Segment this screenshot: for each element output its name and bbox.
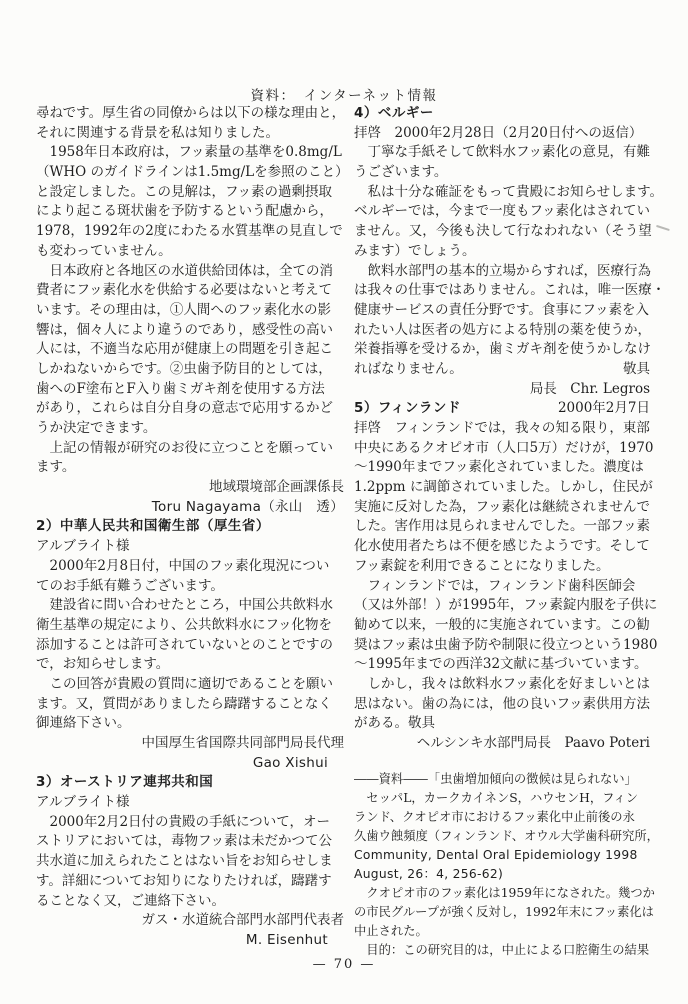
page-header-title: 資料： インターネット情報 [0,84,688,104]
text-line: ヘルシンキ水部門局長 Paavo Poteri [354,734,650,754]
text-line: うか決定できます。 [36,419,344,439]
text-line: 思はない。歯の為には，他の良いフッ素供用方法 [354,695,650,715]
text-line: 〜1990年までフッ素化されていました。濃度は [354,458,650,478]
text-line: 1978，1992年の2度にわたる水質基準の見直しで [36,222,344,242]
text-line: 久歯ウ蝕頻度（フィンランド、オウル大学歯科研究所， [354,827,650,846]
text-line: 5）フィンランド2000年2月7日 [354,399,650,419]
text-line: みます）でしょう。 [354,242,650,262]
text-line: 衛生基準の規定により、公共飲料水にフッ化物を [36,616,344,636]
text-line: れたい人は医者の処方による特別の薬を使うか， [354,321,650,341]
pencil-stray-mark [656,225,670,231]
text-line: ることなく又，ご連絡下さい。 [36,892,344,912]
text-line: 尋ねです。厚生省の同僚からは以下の様な理由と， [36,104,344,124]
text-line: それに関連する背景を私は知りました。 [36,124,344,144]
text-line: 歯へのF塗布とF入り歯ミガキ剤を使用する方法 [36,380,344,400]
text-run: 2000年2月7日 [558,399,650,419]
text-line: があり，これらは自分自身の意志で応用するかど [36,399,344,419]
text-line: ストリアにおいては，毒物フッ素は未だかつて公 [36,832,344,852]
text-line: 人には，不適当な応用が健康上の問題を引き起こ [36,340,344,360]
text-line: 中止された。 [354,922,650,941]
right-column: 4）ベルギー拝啓 2000年2月28日（2月20日付への返信） 丁寧な手紙そして… [354,104,650,960]
text-line: 御連絡下さい。 [36,714,344,734]
text-line: ます。 [36,458,344,478]
text-line: した。害作用は見られませんでした。一部フッ素 [354,517,650,537]
text-line: 化水使用者たちは不便を感じたようです。そして [354,537,650,557]
text-line: アルブライト様 [36,793,344,813]
text-line: ベルギーでは，今まで一度もフッ素化はされてい [354,202,650,222]
text-line: ます。又，質問がありましたら躊躇することなく [36,695,344,715]
text-line: 私は十分な確証をもって貴殿にお知らせします。 [354,183,650,203]
text-line: 費者にフッ素化水を供給する必要はないと考えて [36,281,344,301]
text-line: クオピオ市のフッ素化は1959年になされた。幾つか [354,884,650,903]
text-line: August, 26：4, 256-62) [354,865,650,884]
text-line: と設定しました。この見解は，フッ素の過剰摂取 [36,183,344,203]
text-line: 地域環境部企画課係長 [36,478,344,498]
scanned-document-page: 資料： インターネット情報 尋ねです。厚生省の同僚からは以下の様な理由と，それに… [0,0,688,1004]
text-line: 奨はフッ素は虫歯予防や制限に役立つという1980 [354,636,650,656]
text-line: ――資料――「虫歯増加傾向の徴候は見られない」 [354,770,650,789]
page-number: — 70 — [0,957,688,972]
text-line: フィンランドでは，フィンランド歯科医師会 [354,577,650,597]
text-line: 日本政府と各地区の水道供給団体は，全ての消 [36,262,344,282]
left-column: 尋ねです。厚生省の同僚からは以下の様な理由と，それに関連する背景を私は知りました… [36,104,344,951]
text-line: 勧めて以来，一般的に実施されています。この勧 [354,616,650,636]
text-line: この回答が貴殿の質問に適切であることを願い [36,675,344,695]
text-line: しかし，我々は飲料水フッ素化を好ましいとは [354,675,650,695]
text-line: がある。敬具 [354,714,650,734]
text-line: 2000年2月8日付，中国のフッ素化現況につい [36,557,344,577]
text-line: により起こる斑状歯を予防するという配慮から， [36,202,344,222]
text-line: 局長 Chr. Legros [354,380,650,400]
text-line: 〜1995年までの西洋32文献に基づいています。 [354,655,650,675]
text-line: Toru Nagayama（永山 透） [36,498,344,518]
text-line: 1958年日本政府は，フッ素量の基準を0.8mg/L [36,143,344,163]
text-line: （WHO のガイドラインは1.5mg/Lを参照のこと） [36,163,344,183]
text-line: 2000年2月2日付の貴殿の手紙について，オー [36,813,344,833]
text-line: M. Eisenhut [36,931,344,951]
text-line: 添加することは許可されていないとのことですの [36,636,344,656]
text-line: 4）ベルギー [354,104,650,124]
text-line: 栄養指導を受けるか，歯ミガキ剤を使うかしなけ [354,340,650,360]
text-line: も変わっていません。 [36,242,344,262]
text-line: Community, Dental Oral Epidemiology 1998 [354,846,650,865]
text-line: アルブライト様 [36,537,344,557]
text-line: は我々の仕事ではありません。これは，唯一医療・ [354,281,650,301]
text-run: 5）フィンランド [354,399,461,419]
text-line: 飲料水部門の基本的立場からすれば，医療行為 [354,262,650,282]
text-line: で，お知らせします。 [36,655,344,675]
text-line: す。詳細についてお知りになりたければ，躊躇す [36,872,344,892]
text-line: しかねないからです。②虫歯予防目的としては， [36,360,344,380]
text-line: 2）中華人民共和国衛生部（厚生省） [36,517,344,537]
text-line: 拝啓 フィンランドでは，我々の知る限り，東部 [354,419,650,439]
text-line: 3）オーストリア連邦共和国 [36,773,344,793]
text-line: フッ素錠を利用できることになりました。 [354,557,650,577]
text-line: 共水道に加えられたことはない旨をお知らせしま [36,852,344,872]
text-line: 実施に反対した為，フッ素化は継続されませんで [354,498,650,518]
text-line: ガス・水道統合部門水部門代表者 [36,911,344,931]
text-line: 健康サービスの責任分野です。食事にフッ素を入 [354,301,650,321]
right-column-main: 4）ベルギー拝啓 2000年2月28日（2月20日付への返信） 丁寧な手紙そして… [354,104,650,754]
text-line: 拝啓 2000年2月28日（2月20日付への返信） [354,124,650,144]
text-run: 敬具 [623,360,650,380]
text-line: ればなりません。敬具 [354,360,650,380]
text-line: 1.2ppm に調節されていました。しかし，住民が [354,478,650,498]
text-line: の市民グループが強く反対し，1992年末にフッ素化は [354,903,650,922]
text-line: 中央にあるクオピオ市（人口5万）だけが，1970 [354,439,650,459]
text-line: います。その理由は，①人間へのフッ素化水の影 [36,301,344,321]
text-line: 建設省に問い合わせたところ，中国公共飲料水 [36,596,344,616]
text-line: 響は，個々人により違うのであり，感受性の高い [36,321,344,341]
text-line: セッパL，カークカイネンS，ハウセンH，フィン [354,789,650,808]
text-line: 上記の情報が研究のお役に立つことを願ってい [36,439,344,459]
text-line: てのお手紙有難うございます。 [36,577,344,597]
text-line: 中国厚生省国際共同部門局長代理 [36,734,344,754]
text-line: うございます。 [354,163,650,183]
appendix-reference-block: ――資料――「虫歯増加傾向の徴候は見られない」 セッパL，カークカイネンS，ハウ… [354,770,650,960]
text-line: Gao Xishui [36,754,344,774]
text-line: （又は外部！）が1995年，フッ素錠内服を子供に [354,596,650,616]
text-line: ません。又，今後も決して行なわれない（そう望 [354,222,650,242]
text-run: ればなりません。 [354,360,463,380]
text-line: ランド、クオピオ市におけるフッ素化中止前後の永 [354,808,650,827]
text-line: 丁寧な手紙そして飲料水フッ素化の意見，有難 [354,143,650,163]
